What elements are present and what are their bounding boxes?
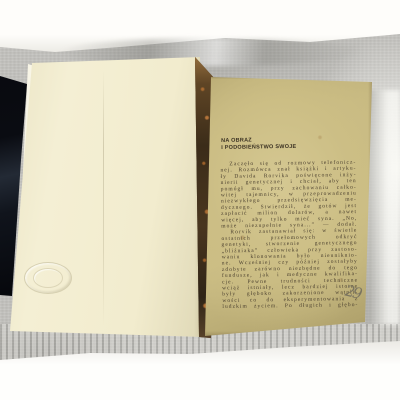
right-page: NA OBRAZ I PODOBIEŃSTWO SWOJE Zaczęło si… (203, 74, 375, 338)
right-page-content: NA OBRAZ I PODOBIEŃSTWO SWOJE Zaczęło si… (201, 73, 377, 339)
body-paragraph-2: Rorvik zastanawiał się: w świetle ostatn… (221, 227, 358, 310)
embossed-stamp (24, 262, 72, 294)
embossed-stamp-ring (33, 268, 63, 288)
photo-of-open-book: NA OBRAZ I PODOBIEŃSTWO SWOJE Zaczęło si… (0, 0, 400, 400)
page-crease (103, 70, 104, 326)
page-heading: NA OBRAZ I PODOBIEŃSTWO SWOJE (221, 135, 361, 151)
fabric-wrinkle-right (366, 90, 400, 325)
body-paragraph-1: Zaczęło się od rozmowy telefonicz- nej. … (220, 159, 357, 229)
